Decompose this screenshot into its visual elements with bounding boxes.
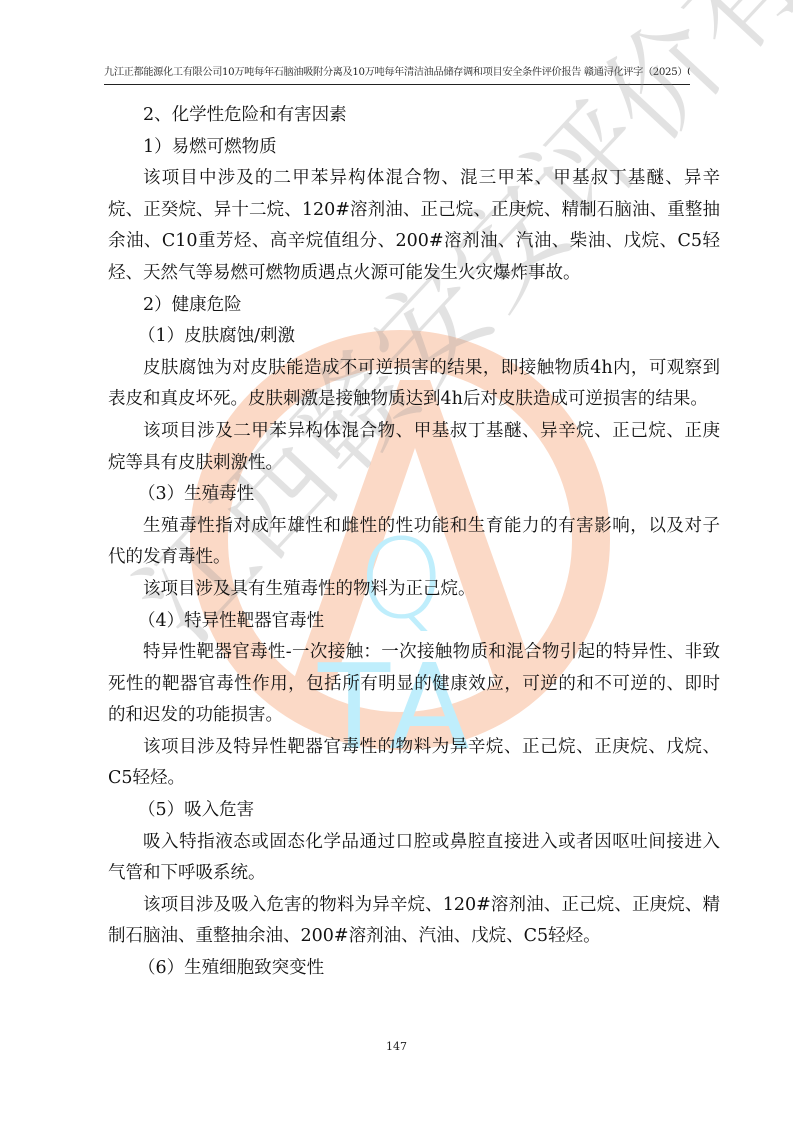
page-number: 147 (0, 1040, 793, 1053)
item-heading: （4）特异性靶器官毒性 (108, 606, 720, 638)
section-heading: 2、化学性危险和有害因素 (108, 100, 720, 132)
paragraph: 该项目涉及二甲苯异构体混合物、甲基叔丁基醚、异辛烷、正己烷、正庚烷等具有皮肤刺激… (108, 416, 720, 479)
item-heading: （1）皮肤腐蚀/刺激 (108, 321, 720, 353)
item-heading: （3）生殖毒性 (108, 479, 720, 511)
item-heading: （5）吸入危害 (108, 795, 720, 827)
paragraph: 该项目中涉及的二甲苯异构体混合物、混三甲苯、甲基叔丁基醚、异辛烷、正癸烷、异十二… (108, 163, 720, 289)
subsection-heading: 1）易燃可燃物质 (108, 132, 720, 164)
paragraph: 该项目涉及具有生殖毒性的物料为正己烷。 (108, 574, 720, 606)
paragraph: 皮肤腐蚀为对皮肤能造成不可逆损害的结果，即接触物质4h内，可观察到表皮和真皮坏死… (108, 353, 720, 416)
paragraph: 该项目涉及特异性靶器官毒性的物料为异辛烷、正己烷、正庚烷、戊烷、C5轻烃。 (108, 732, 720, 795)
paragraph: 该项目涉及吸入危害的物料为异辛烷、120#溶剂油、正己烷、正庚烷、精制石脑油、重… (108, 890, 720, 953)
running-header: 九江正都能源化工有限公司10万吨每年石脑油吸附分离及10万吨每年清洁油品储存调和… (104, 64, 690, 85)
body-content: 2、化学性危险和有害因素 1）易燃可燃物质 该项目中涉及的二甲苯异构体混合物、混… (108, 100, 720, 985)
item-heading: （6）生殖细胞致突变性 (108, 953, 720, 985)
paragraph: 生殖毒性指对成年雄性和雌性的性功能和生育能力的有害影响，以及对子代的发育毒性。 (108, 511, 720, 574)
subsection-heading: 2）健康危险 (108, 290, 720, 322)
document-page: 九江正都能源化工有限公司10万吨每年石脑油吸附分离及10万吨每年清洁油品储存调和… (0, 0, 793, 1122)
paragraph: 吸入特指液态或固态化学品通过口腔或鼻腔直接进入或者因呕吐间接进入气管和下呼吸系统… (108, 827, 720, 890)
paragraph: 特异性靶器官毒性-一次接触：一次接触物质和混合物引起的特异性、非致死性的靶器官毒… (108, 637, 720, 732)
